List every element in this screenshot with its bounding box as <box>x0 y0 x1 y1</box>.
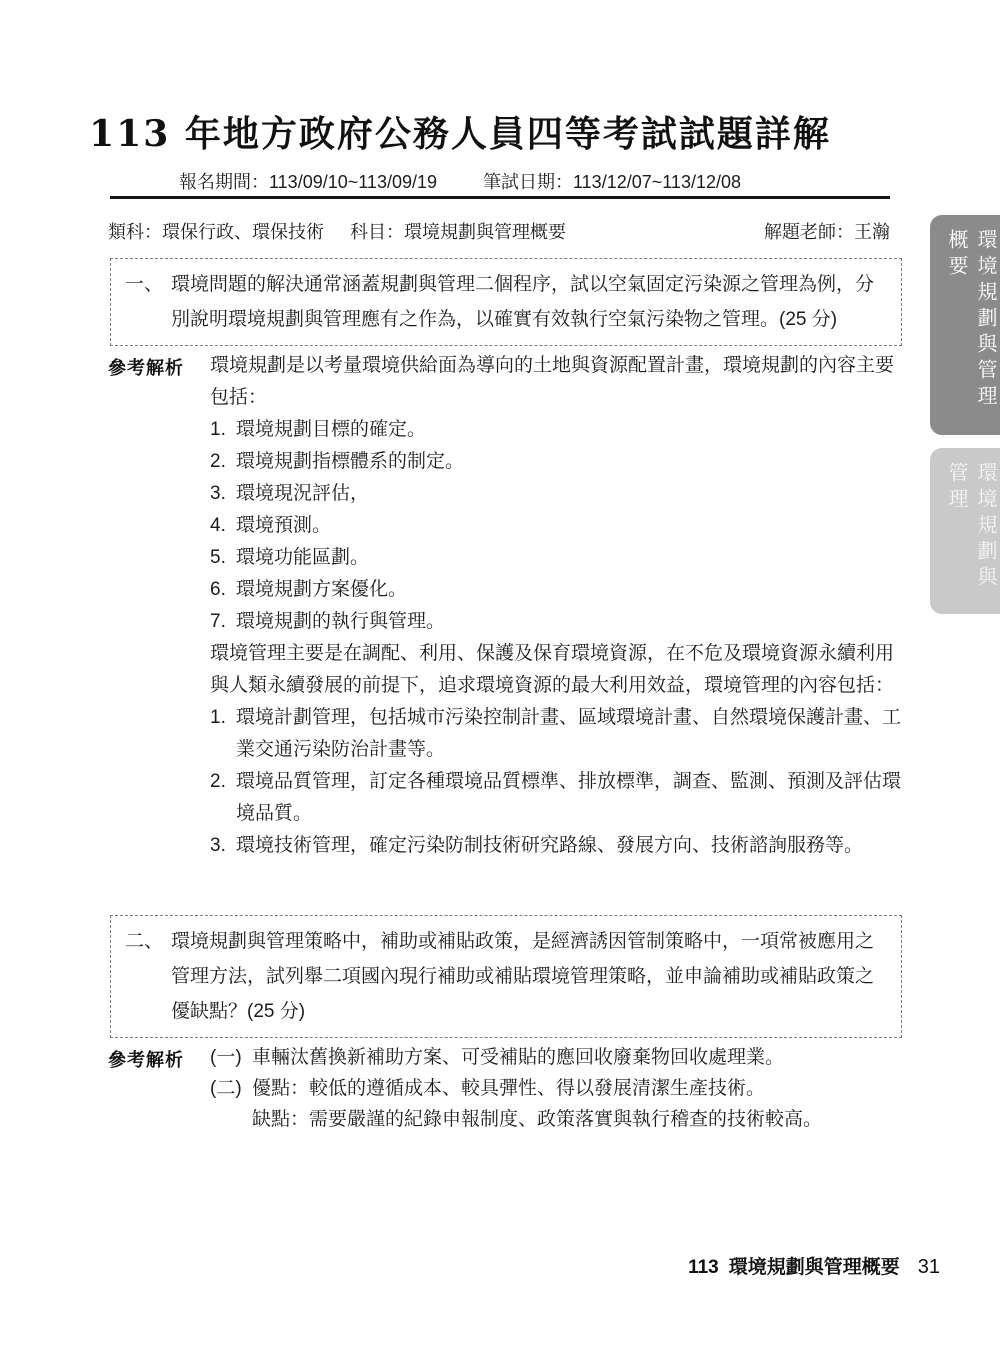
management-intro: 環境管理主要是在調配、利用、保護及保育環境資源，在不危及環境資源永續利用與人類永… <box>210 638 910 702</box>
category-label: 類科：環保行政、環保技術 <box>108 218 324 244</box>
list-item-number: 5. <box>210 542 236 574</box>
list-item-text: 環境技術管理，確定污染防制技術研究路線、發展方向、技術諮詢服務等。 <box>236 830 910 862</box>
analysis-label-2: 參考解析 <box>108 1046 184 1072</box>
side-tab-active: 環境規劃與管理概要 <box>930 215 1000 435</box>
footer-subject: 環境規劃與管理概要 <box>729 1252 900 1279</box>
question-2-text: 環境規劃與管理策略中，補助或補貼政策，是經濟誘因管制策略中，一項常被應用之管理方… <box>171 924 887 1029</box>
list-item-number: 7. <box>210 606 236 638</box>
list-item-text: 環境品質管理，訂定各種環境品質標準、排放標準，調查、監測、預測及評估環境品質。 <box>236 766 910 830</box>
list-item: 6. 環境規劃方案優化。 <box>210 574 910 606</box>
list-item-text: 環境計劃管理，包括城市污染控制計畫、區域環境計畫、自然環境保護計畫、工業交通污染… <box>236 702 910 766</box>
instructor-label: 解題老師：王瀚 <box>764 218 890 244</box>
question-1-text: 環境問題的解決通常涵蓋規劃與管理二個程序，試以空氣固定污染源之管理為例，分別說明… <box>171 267 887 337</box>
list-item-marker: (二) <box>210 1073 252 1104</box>
list-item: 3. 環境現況評估， <box>210 478 910 510</box>
list-item-number: 4. <box>210 510 236 542</box>
question-1-number: 一、 <box>125 267 171 337</box>
list-item-text: 環境規劃目標的確定。 <box>236 414 910 446</box>
list-item-text: 環境預測。 <box>236 510 910 542</box>
list-item: 3. 環境技術管理，確定污染防制技術研究路線、發展方向、技術諮詢服務等。 <box>210 830 910 862</box>
list-item: 1. 環境計劃管理，包括城市污染控制計畫、區域環境計畫、自然環境保護計畫、工業交… <box>210 702 910 766</box>
list-item-number: 3. <box>210 478 236 510</box>
list-item-text: 車輛汰舊換新補助方案、可受補貼的應回收廢棄物回收處理業。 <box>252 1042 930 1073</box>
list-item-marker: (一) <box>210 1042 252 1073</box>
list-item-text: 環境規劃的執行與管理。 <box>236 606 910 638</box>
written-exam-date: 筆試日期：113/12/07~113/12/08 <box>483 168 741 194</box>
list-item: 5. 環境功能區劃。 <box>210 542 910 574</box>
list-item-number: 1. <box>210 702 236 766</box>
page-footer: 113 環境規劃與管理概要 31 <box>688 1252 940 1279</box>
list-item-number: 1. <box>210 414 236 446</box>
list-item: 1. 環境規劃目標的確定。 <box>210 414 910 446</box>
list-item: (一) 車輛汰舊換新補助方案、可受補貼的應回收廢棄物回收處理業。 <box>210 1042 930 1073</box>
header-divider <box>110 196 890 199</box>
analysis-body-1: 環境規劃是以考量環境供給面為導向的土地與資源配置計畫，環境規劃的內容主要包括： … <box>210 350 910 862</box>
list-item-number: 2. <box>210 446 236 478</box>
page-title: 113 年地方政府公務人員四等考試試題詳解 <box>0 106 920 157</box>
exam-dates-row: 報名期間：113/09/10~113/09/19 筆試日期：113/12/07~… <box>0 168 920 194</box>
list-item: 7. 環境規劃的執行與管理。 <box>210 606 910 638</box>
question-2-box: 二、 環境規劃與管理策略中，補助或補貼政策，是經濟誘因管制策略中，一項常被應用之… <box>110 915 902 1038</box>
list-item-number: 6. <box>210 574 236 606</box>
category-subject-group: 類科：環保行政、環保技術 科目：環境規劃與管理概要 <box>108 218 566 244</box>
list-item-number: 3. <box>210 830 236 862</box>
page-number: 31 <box>918 1256 940 1279</box>
list-item-continuation: 缺點：需要嚴謹的紀錄申報制度、政策落實與執行稽查的技術較高。 <box>210 1104 930 1135</box>
list-item-text: 優點：較低的遵循成本、較具彈性、得以發展清潔生產技術。 <box>252 1073 930 1104</box>
question-1-box: 一、 環境問題的解決通常涵蓋規劃與管理二個程序，試以空氣固定污染源之管理為例，分… <box>110 258 902 346</box>
list-item-number: 2. <box>210 766 236 830</box>
list-item: 2. 環境規劃指標體系的制定。 <box>210 446 910 478</box>
side-tab-inactive: 環境規劃與管理 <box>930 448 1000 614</box>
planning-intro: 環境規劃是以考量環境供給面為導向的土地與資源配置計畫，環境規劃的內容主要包括： <box>210 350 910 414</box>
meta-row: 類科：環保行政、環保技術 科目：環境規劃與管理概要 解題老師：王瀚 <box>108 218 890 244</box>
analysis-label-1: 參考解析 <box>108 354 184 380</box>
list-item: (二) 優點：較低的遵循成本、較具彈性、得以發展清潔生產技術。 <box>210 1073 930 1104</box>
subject-label: 科目：環境規劃與管理概要 <box>350 218 566 244</box>
analysis-body-2: (一) 車輛汰舊換新補助方案、可受補貼的應回收廢棄物回收處理業。 (二) 優點：… <box>210 1042 930 1135</box>
list-item-text: 環境規劃方案優化。 <box>236 574 910 606</box>
list-item-text: 環境規劃指標體系的制定。 <box>236 446 910 478</box>
registration-period: 報名期間：113/09/10~113/09/19 <box>179 168 437 194</box>
list-item: 2. 環境品質管理，訂定各種環境品質標準、排放標準，調查、監測、預測及評估環境品… <box>210 766 910 830</box>
footer-year: 113 <box>688 1257 719 1279</box>
list-item: 4. 環境預測。 <box>210 510 910 542</box>
question-2-number: 二、 <box>125 924 171 1029</box>
list-item-text: 環境現況評估， <box>236 478 910 510</box>
list-item-text: 環境功能區劃。 <box>236 542 910 574</box>
